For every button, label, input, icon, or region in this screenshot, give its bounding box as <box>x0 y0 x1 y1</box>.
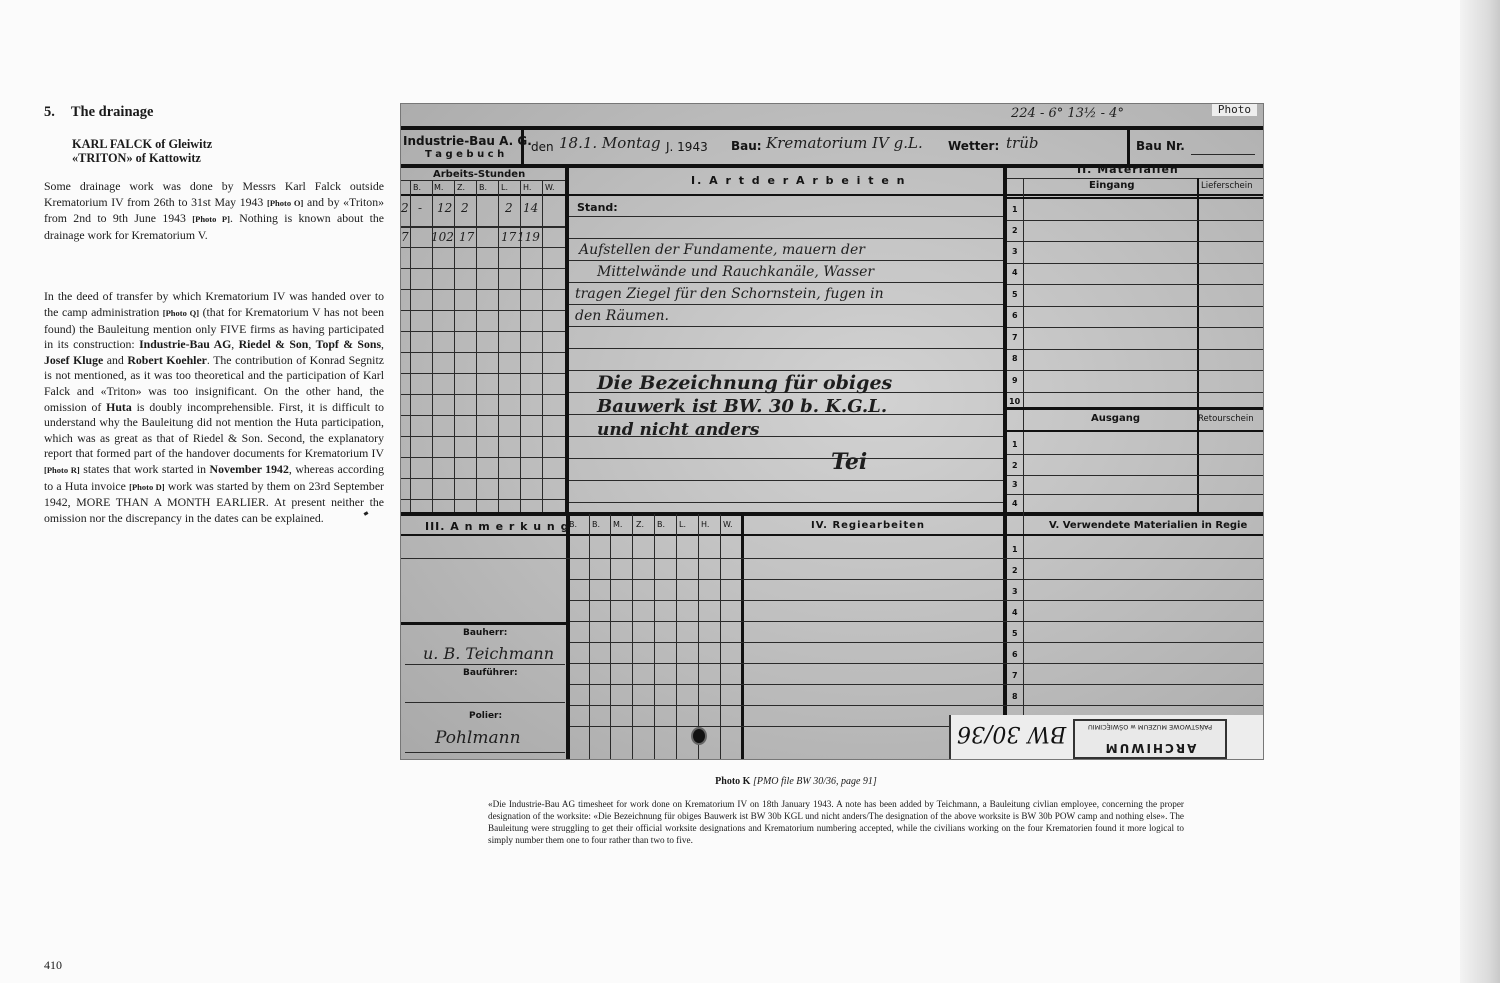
punch-hole <box>691 727 707 745</box>
photo-ref-p: [Photo P] <box>192 214 230 224</box>
rule <box>1007 178 1263 179</box>
rule <box>570 663 1263 664</box>
retourschein-label: Retourschein <box>1198 414 1254 424</box>
row-number: 7 <box>1012 333 1018 342</box>
ausgang-label: Ausgang <box>1091 413 1140 424</box>
arbeits-stunden-label: Arbeits-Stunden <box>433 169 525 180</box>
rule <box>569 238 1003 239</box>
rule <box>1007 284 1263 285</box>
regie-col-b2: B. <box>657 520 665 529</box>
rule <box>1007 475 1263 476</box>
row-number: 5 <box>1012 629 1018 638</box>
row-number: 9 <box>1012 376 1018 385</box>
section-number: 5. <box>44 104 55 121</box>
rule <box>569 502 1003 503</box>
hour-col-b: B. <box>413 183 421 192</box>
rule <box>542 180 543 512</box>
regie-col-b1: B. <box>592 520 600 529</box>
rule <box>570 684 1263 685</box>
rule <box>476 180 477 512</box>
firm-name: Robert Koehler <box>127 353 207 367</box>
hours-r1-c1: - <box>418 201 422 215</box>
rule <box>498 180 499 512</box>
rule <box>1007 197 1263 199</box>
rule <box>569 370 1003 371</box>
row-number: 3 <box>1012 247 1018 256</box>
photo-caption: Photo K [PMO file BW 30/36, page 91] «Di… <box>488 776 1184 846</box>
note-line-3: und nicht anders <box>597 420 759 440</box>
row-number: 4 <box>1012 608 1018 617</box>
page-gutter-shadow <box>1460 0 1500 983</box>
text-run: , <box>231 337 238 351</box>
rule <box>405 664 565 665</box>
firm-name: Industrie-Bau AG <box>139 337 231 351</box>
rule <box>569 216 1003 217</box>
year-label: J. 1943 <box>666 140 708 154</box>
regie-col-m: M. <box>613 520 622 529</box>
note-signature: Tei <box>831 449 867 475</box>
text-run: , <box>381 337 384 351</box>
regie-col-l: L. <box>679 520 686 529</box>
rule <box>401 268 565 269</box>
photo-timesheet: Photo 224 - 6° 13½ - 4° Industrie-Bau A.… <box>400 103 1264 760</box>
note-line-1: Die Bezeichnung für obiges <box>597 372 892 394</box>
rule <box>1003 168 1007 759</box>
rule <box>1007 220 1263 221</box>
hour-col-m: M. <box>434 183 443 192</box>
rule <box>401 352 565 353</box>
row-number: 2 <box>1012 461 1018 470</box>
rule <box>401 415 565 416</box>
work-line-2: Mittelwände und Rauchkanäle, Wasser <box>597 264 874 280</box>
caption-label: Photo K <box>715 776 750 787</box>
rule <box>401 478 565 479</box>
rule <box>401 558 1263 559</box>
hours-r1-c6: 14 <box>523 201 538 215</box>
rule <box>401 310 565 311</box>
hour-col-h: H. <box>523 183 531 192</box>
rule <box>401 394 565 395</box>
rule <box>1007 263 1263 264</box>
row-number: 2 <box>1012 566 1018 575</box>
eingang-label: Eingang <box>1089 180 1135 191</box>
caption-text: «Die Industrie-Bau AG timesheet for work… <box>488 798 1184 846</box>
hour-col-l: L. <box>501 183 508 192</box>
hours-r1-c3: 2 <box>461 201 469 215</box>
row-number: 3 <box>1012 480 1018 489</box>
hour-col-b2: B. <box>479 183 487 192</box>
photo-ref-r: [Photo R] <box>44 465 80 475</box>
text-run: states that work started in <box>80 462 210 476</box>
row-number: 8 <box>1012 354 1018 363</box>
row-number: 6 <box>1012 311 1018 320</box>
bauherr-label: Bauherr: <box>463 628 507 638</box>
rule <box>405 752 565 753</box>
archive-stamp: BW 30/36 ARCHIWUM PAŃSTWOWE MUZEUM w OŚW… <box>949 715 1264 759</box>
text-run: and <box>103 353 127 367</box>
hours-r2-c0: 7 <box>401 230 409 244</box>
hour-col-w: W. <box>545 183 555 192</box>
photo-ref-q: [Photo Q] <box>163 308 199 318</box>
wetter-label: Wetter: <box>948 139 999 153</box>
rule <box>698 514 699 759</box>
archive-stamp-box: ARCHIWUM PAŃSTWOWE MUZEUM w OŚWIĘCIMIU <box>1073 719 1227 759</box>
section-heading: 5. The drainage <box>44 104 384 121</box>
rule <box>401 622 566 625</box>
page-number: 410 <box>44 958 62 973</box>
rule <box>401 289 565 290</box>
regie-col-z: Z. <box>636 520 644 529</box>
row-number: 1 <box>1012 205 1018 214</box>
rule <box>401 457 565 458</box>
row-number: 2 <box>1012 226 1018 235</box>
row-number: 3 <box>1012 587 1018 596</box>
rule <box>401 499 565 500</box>
rule <box>1023 178 1024 759</box>
photo-ref-o: [Photo O] <box>267 198 303 208</box>
rule <box>401 512 1263 516</box>
date-emphasis: November 1942 <box>210 462 289 476</box>
wetter-value: trüb <box>1006 134 1038 152</box>
rule <box>1007 241 1263 242</box>
photo-corner-label: Photo <box>1212 103 1257 116</box>
work-line-1: Aufstellen der Fundamente, mauern der <box>579 242 865 258</box>
rule <box>569 282 1003 283</box>
work-line-3: tragen Ziegel für den Schornstein, fugen… <box>575 286 884 302</box>
paragraph-deed-of-transfer: In the deed of transfer by which Kremato… <box>44 289 384 526</box>
rule <box>1197 178 1199 512</box>
row-number: 5 <box>1012 290 1018 299</box>
firm-name: Riedel & Son <box>239 337 309 351</box>
firm-falck: KARL FALCK of Gleiwitz <box>72 137 384 151</box>
tagebuch-label: T a g e b u c h <box>425 149 504 160</box>
hours-r2-c5: 17 <box>501 230 516 244</box>
rule <box>569 304 1003 305</box>
rule <box>1007 370 1263 371</box>
rule <box>1007 454 1263 455</box>
text-column: 5. The drainage KARL FALCK of Gleiwitz «… <box>44 104 384 526</box>
rule <box>632 514 633 759</box>
section-iii-title: III. A n m e r k u n g <box>425 520 569 533</box>
section-i-title: I. A r t d e r A r b e i t e n <box>691 174 906 187</box>
bau-label: Bau: <box>731 139 762 153</box>
rule <box>720 514 721 759</box>
rule <box>570 579 1263 580</box>
row-number: 1 <box>1012 545 1018 554</box>
firm-subheading: KARL FALCK of Gleiwitz «TRITON» of Katto… <box>72 137 384 165</box>
stamp-title: ARCHIWUM <box>1075 741 1225 755</box>
rule <box>401 331 565 332</box>
stamp-subtitle: PAŃSTWOWE MUZEUM w OŚWIĘCIMIU <box>1075 723 1225 731</box>
section-title: The drainage <box>71 104 154 121</box>
rule <box>401 180 565 181</box>
rule <box>401 194 1263 196</box>
rule <box>565 168 569 514</box>
hours-r1-c0: 2 <box>401 201 409 215</box>
rule <box>1007 430 1263 432</box>
polier-signature: Pohlmann <box>435 728 521 748</box>
rule <box>454 180 455 512</box>
stand-label: Stand: <box>577 201 618 214</box>
den-label: den <box>531 140 554 154</box>
lieferschein-label: Lieferschein <box>1201 181 1253 191</box>
top-handwriting: 224 - 6° 13½ - 4° <box>1011 106 1124 121</box>
row-number: 4 <box>1012 499 1018 508</box>
rule <box>1007 349 1263 350</box>
firm-name: Topf & Sons <box>316 337 381 351</box>
hours-r2-c2: 102 <box>431 230 454 244</box>
rule <box>654 514 655 759</box>
firm-huta: Huta <box>106 400 132 414</box>
section-iv-title: IV. Regiearbeiten <box>811 520 925 531</box>
rule <box>566 512 570 759</box>
rule <box>570 621 1263 622</box>
rule <box>569 348 1003 349</box>
caption-source: [PMO file BW 30/36, page 91] <box>753 776 877 787</box>
hours-r2-c6: 119 <box>517 230 540 244</box>
section-v-title: V. Verwendete Materialien in Regie <box>1049 520 1247 531</box>
note-line-2: Bauwerk ist BW. 30 b. K.G.L. <box>597 396 887 417</box>
row-number: 7 <box>1012 671 1018 680</box>
baufuehrer-label: Bauführer: <box>463 668 518 678</box>
row-number: 1 <box>1012 440 1018 449</box>
regie-col-h: H. <box>701 520 709 529</box>
rule <box>610 514 611 759</box>
regie-col-b: B. <box>569 520 577 529</box>
row-number: 8 <box>1012 692 1018 701</box>
company-name: Industrie-Bau A. G. <box>403 134 532 148</box>
stamp-file-number: BW 30/36 <box>957 721 1066 746</box>
den-value: 18.1. Montag <box>559 134 661 152</box>
rule <box>410 180 411 512</box>
rule <box>1007 392 1263 393</box>
rule <box>401 436 565 437</box>
rule <box>405 702 565 703</box>
rule <box>589 514 590 759</box>
rule <box>569 326 1003 327</box>
row-number: 4 <box>1012 268 1018 277</box>
rule <box>1007 327 1263 328</box>
rule <box>401 534 1263 536</box>
bau-value: Krematorium IV g.L. <box>766 134 923 152</box>
photo-ref-d: [Photo D] <box>129 482 165 492</box>
rule <box>569 458 1003 459</box>
rule <box>1007 494 1263 495</box>
work-line-4: den Räumen. <box>575 308 669 324</box>
rule <box>1191 154 1255 155</box>
bauherr-signature: u. B. Teichmann <box>423 644 554 663</box>
rule <box>570 642 1263 643</box>
rule <box>1007 306 1263 307</box>
hours-r1-c5: 2 <box>505 201 513 215</box>
firm-triton: «TRITON» of Kattowitz <box>72 151 384 165</box>
rule <box>570 600 1263 601</box>
text-run: , <box>308 337 315 351</box>
row-number: 6 <box>1012 650 1018 659</box>
rule <box>401 226 565 228</box>
rule <box>401 126 1263 130</box>
rule <box>401 373 565 374</box>
row-number: 10 <box>1009 397 1020 406</box>
hour-col-z: Z. <box>457 183 465 192</box>
rule <box>741 512 744 759</box>
section-ii-title: II. Materialien <box>1077 163 1179 176</box>
rule <box>569 480 1003 481</box>
rule <box>1127 126 1130 168</box>
caption-title: Photo K [PMO file BW 30/36, page 91] <box>408 776 1184 788</box>
firm-name: Josef Kluge <box>44 353 103 367</box>
hours-r2-c3: 17 <box>459 230 474 244</box>
rule <box>676 514 677 759</box>
rule <box>1007 407 1263 410</box>
paragraph-drainage: Some drainage work was done by Messrs Ka… <box>44 179 384 243</box>
rule <box>570 705 1263 706</box>
polier-label: Polier: <box>469 711 502 721</box>
rule <box>401 247 565 248</box>
bau-nr-label: Bau Nr. <box>1136 139 1185 153</box>
hours-r1-c2: 12 <box>437 201 452 215</box>
rule <box>569 260 1003 261</box>
regie-col-w: W. <box>723 520 733 529</box>
